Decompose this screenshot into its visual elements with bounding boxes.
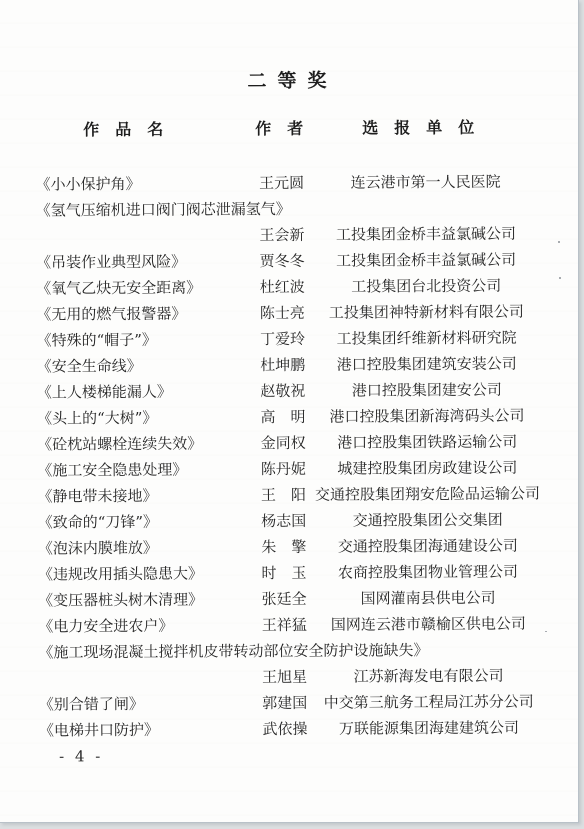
author-name: 贾冬冬 bbox=[259, 248, 304, 274]
author-name: 王旭星 bbox=[262, 664, 307, 690]
table-row: 《施工安全隐患处理》陈丹妮城建控股集团房政建设公司 bbox=[0, 454, 578, 484]
table-row: 《静电带未接地》王 阳交通控股集团翔安危险品运输公司 bbox=[0, 480, 578, 510]
table-row: 《泡沫内膜堆放》朱 擎交通控股集团海通建设公司 bbox=[1, 532, 579, 562]
author-name: 朱 擎 bbox=[261, 534, 306, 560]
work-title: 《电梯井口防护》 bbox=[39, 717, 159, 744]
author-name: 杨志国 bbox=[261, 508, 306, 534]
author-name: 王会新 bbox=[259, 222, 304, 248]
author-name: 高 明 bbox=[260, 404, 305, 430]
author-name: 时 玉 bbox=[261, 560, 306, 586]
work-title: 《变压器桩头树木清理》 bbox=[38, 587, 203, 614]
work-title: 《头上的“大树”》 bbox=[37, 405, 158, 432]
table-row: 王旭星江苏新海发电有限公司 bbox=[2, 662, 580, 692]
table-row: 《砼枕站螺栓连续失效》金同权港口控股集团铁路运输公司 bbox=[0, 428, 578, 458]
table-row: 《变压器桩头树木清理》张廷全国网灌南县供电公司 bbox=[1, 584, 579, 614]
scan-speck bbox=[558, 241, 560, 243]
unit-name: 工投集团金桥丰益氯碱公司 bbox=[336, 247, 516, 274]
table-row: 《氧气乙炔无安全距离》杜红波工投集团台北投资公司 bbox=[0, 272, 577, 302]
table-row: 《别合错了闸》郭建国中交第三航务工程局江苏分公司 bbox=[2, 688, 580, 718]
work-title: 《吊装作业典型风险》 bbox=[36, 249, 186, 276]
page-content: 二等奖 作 品 名 作 者 选 报 单 位 《小小保护角》王元圆连云港市第一人民… bbox=[0, 0, 581, 824]
work-title: 《砼枕站螺栓连续失效》 bbox=[37, 431, 202, 458]
unit-name: 万联能源集团海建建筑公司 bbox=[339, 715, 519, 742]
table-row: 王会新工投集团金桥丰益氯碱公司 bbox=[0, 220, 577, 250]
award-table: 《小小保护角》王元圆连云港市第一人民医院《氢气压缩机进口阀门阀芯泄漏氢气》王会新… bbox=[0, 168, 580, 744]
unit-name: 交通控股集团海通建设公司 bbox=[338, 533, 518, 560]
work-title: 《安全生命线》 bbox=[37, 353, 142, 380]
scan-speck bbox=[545, 631, 547, 632]
work-title: 《泡沫内膜堆放》 bbox=[38, 535, 158, 562]
unit-name: 港口控股集团建安公司 bbox=[352, 377, 502, 404]
unit-name: 工投集团神特新材料有限公司 bbox=[329, 299, 524, 326]
author-name: 王 阳 bbox=[261, 482, 306, 508]
author-name: 杜红波 bbox=[260, 274, 305, 300]
award-title: 二等奖 bbox=[0, 64, 576, 95]
table-row: 《氢气压缩机进口阀门阀芯泄漏氢气》 bbox=[0, 194, 577, 224]
work-title: 《氢气压缩机进口阀门阀芯泄漏氢气》 bbox=[36, 196, 291, 224]
author-name: 赵敬祝 bbox=[260, 378, 305, 404]
unit-name: 农商控股集团物业管理公司 bbox=[338, 559, 518, 586]
author-name: 陈丹妮 bbox=[261, 456, 306, 482]
author-name: 丁爱玲 bbox=[260, 326, 305, 352]
work-title: 《静电带未接地》 bbox=[37, 483, 157, 510]
work-title: 《致命的“刀锋”》 bbox=[38, 509, 159, 536]
unit-name: 江苏新海发电有限公司 bbox=[354, 663, 504, 690]
author-name: 武依操 bbox=[262, 716, 307, 742]
table-row: 《无用的燃气报警器》陈士亮工投集团神特新材料有限公司 bbox=[0, 298, 577, 328]
author-name: 王祥猛 bbox=[262, 612, 307, 638]
work-title: 《电力安全进农户》 bbox=[38, 613, 173, 640]
table-row: 《上人楼梯能漏人》赵敬祝港口控股集团建安公司 bbox=[0, 376, 578, 406]
unit-name: 交通控股集团公交集团 bbox=[353, 507, 503, 534]
table-row: 《吊装作业典型风险》贾冬冬工投集团金桥丰益氯碱公司 bbox=[0, 246, 577, 276]
unit-name: 国网连云港市赣榆区供电公司 bbox=[331, 611, 526, 638]
author-name: 王元圆 bbox=[259, 170, 304, 196]
author-name: 张廷全 bbox=[262, 586, 307, 612]
table-header-row: 作 品 名 作 者 选 报 单 位 bbox=[0, 114, 576, 138]
scan-speck bbox=[559, 277, 561, 279]
work-title: 《无用的燃气报警器》 bbox=[36, 301, 186, 328]
table-row: 《安全生命线》杜坤鹏港口控股集团建筑安装公司 bbox=[0, 350, 578, 380]
work-title: 《施工安全隐患处理》 bbox=[37, 457, 187, 484]
work-title: 《特殊的“帽子”》 bbox=[36, 327, 157, 354]
table-row: 《特殊的“帽子”》丁爱玲工投集团纤维新材料研究院 bbox=[0, 324, 578, 354]
table-row: 《电梯井口防护》武依操万联能源集团海建建筑公司 bbox=[2, 714, 580, 744]
author-name: 郭建国 bbox=[262, 690, 307, 716]
work-title: 《氧气乙炔无安全距离》 bbox=[36, 275, 201, 302]
unit-name: 工投集团台北投资公司 bbox=[351, 273, 501, 300]
header-work-name: 作 品 名 bbox=[83, 117, 163, 140]
table-row: 《违规改用插头隐患大》时 玉农商控股集团物业管理公司 bbox=[1, 558, 579, 588]
work-title: 《小小保护角》 bbox=[36, 171, 141, 198]
unit-name: 港口控股集团铁路运输公司 bbox=[337, 429, 517, 456]
work-title: 《施工现场混凝土搅拌机皮带转动部位安全防护设施缺失》 bbox=[38, 637, 428, 665]
unit-name: 港口控股集团建筑安装公司 bbox=[337, 351, 517, 378]
unit-name: 城建控股集团房政建设公司 bbox=[337, 455, 517, 482]
header-nominating-unit: 选 报 单 位 bbox=[362, 115, 474, 139]
author-name: 金同权 bbox=[261, 430, 306, 456]
table-row: 《施工现场混凝土搅拌机皮带转动部位安全防护设施缺失》 bbox=[1, 636, 579, 666]
table-row: 《小小保护角》王元圆连云港市第一人民医院 bbox=[0, 168, 577, 198]
unit-name: 工投集团纤维新材料研究院 bbox=[336, 325, 516, 352]
page-number: - 4 - bbox=[59, 747, 103, 765]
work-title: 《上人楼梯能漏人》 bbox=[37, 379, 172, 406]
author-name: 杜坤鹏 bbox=[260, 352, 305, 378]
work-title: 《违规改用插头隐患大》 bbox=[38, 561, 203, 588]
unit-name: 国网灌南县供电公司 bbox=[361, 585, 496, 612]
table-row: 《致命的“刀锋”》杨志国交通控股集团公交集团 bbox=[1, 506, 579, 536]
author-name: 陈士亮 bbox=[260, 300, 305, 326]
scanned-page: 二等奖 作 品 名 作 者 选 报 单 位 《小小保护角》王元圆连云港市第一人民… bbox=[0, 0, 579, 823]
unit-name: 交通控股集团翔安危险品运输公司 bbox=[315, 480, 540, 507]
unit-name: 港口控股集团新海湾码头公司 bbox=[329, 403, 524, 430]
unit-name: 工投集团金桥丰益氯碱公司 bbox=[336, 221, 516, 248]
header-author: 作 者 bbox=[255, 116, 303, 139]
work-title: 《别合错了闸》 bbox=[39, 691, 144, 718]
table-row: 《头上的“大树”》高 明港口控股集团新海湾码头公司 bbox=[0, 402, 578, 432]
unit-name: 中交第三航务工程局江苏分公司 bbox=[324, 689, 534, 716]
unit-name: 连云港市第一人民医院 bbox=[351, 169, 501, 196]
table-row: 《电力安全进农户》王祥猛国网连云港市赣榆区供电公司 bbox=[1, 610, 579, 640]
